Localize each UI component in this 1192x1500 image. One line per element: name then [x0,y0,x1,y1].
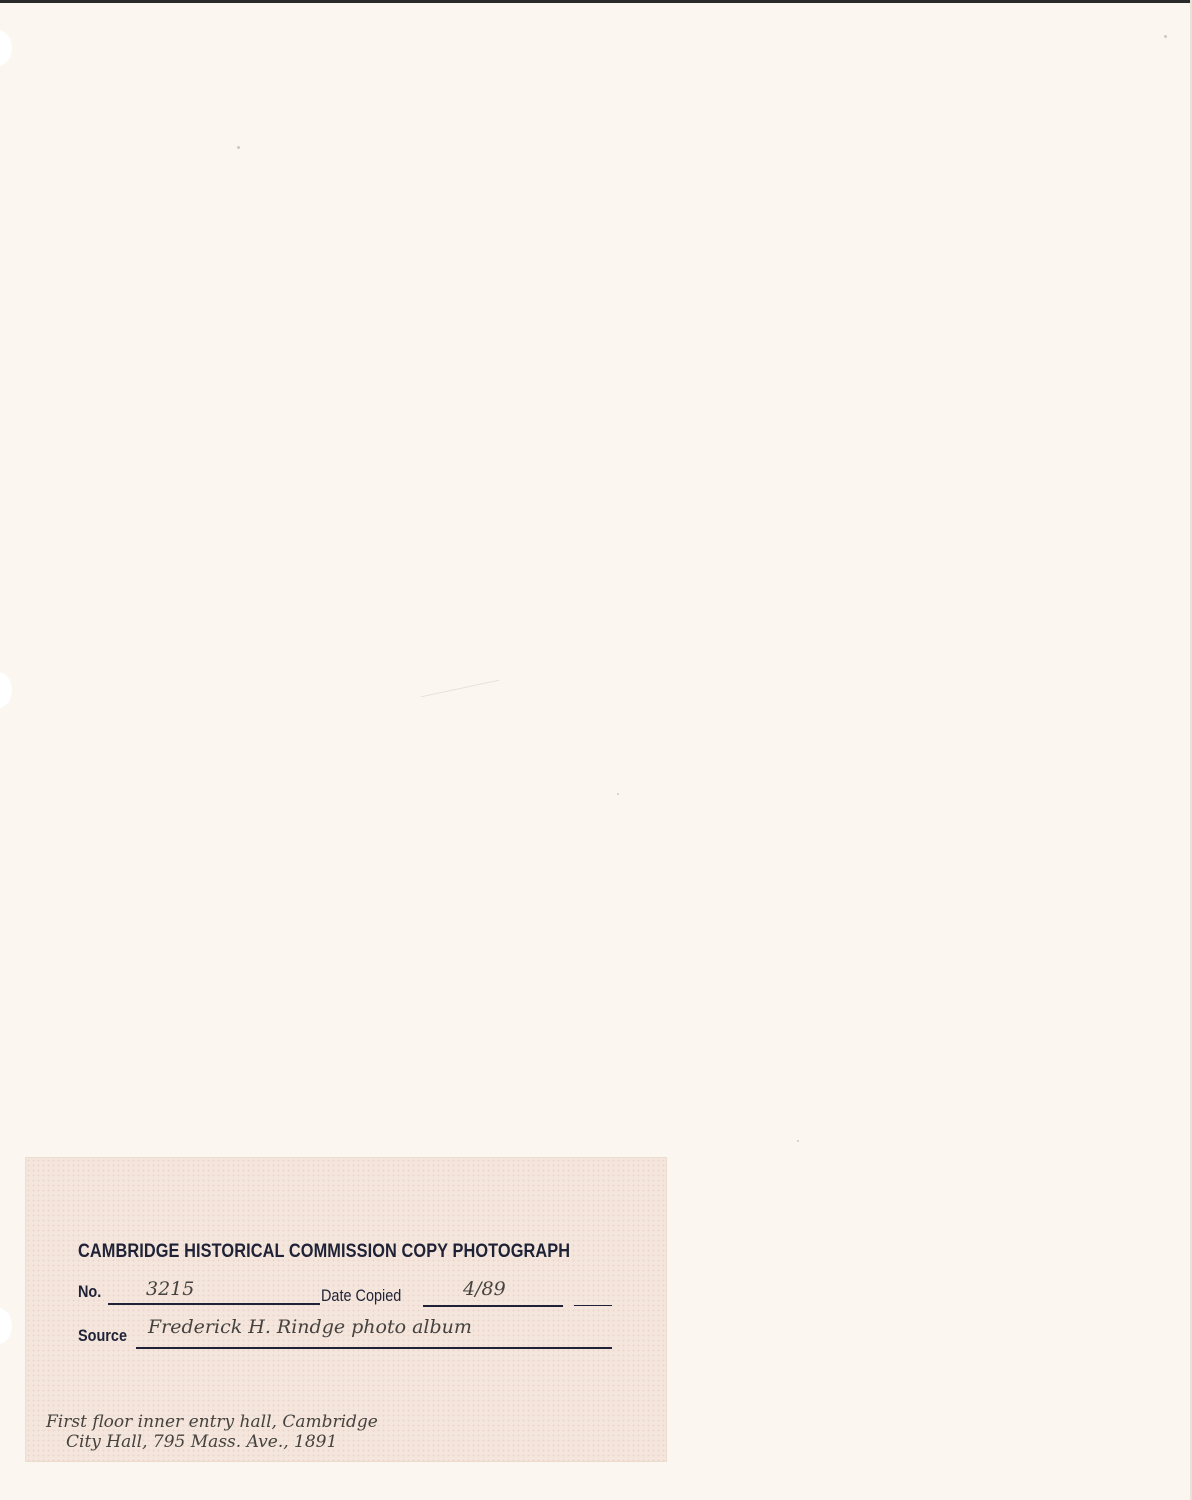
page-top-edge [0,0,1192,3]
stamp-title: CAMBRIDGE HISTORICAL COMMISSION COPY PHO… [78,1241,570,1263]
source-underline [136,1347,612,1349]
number-underline [108,1303,320,1305]
punch-hole-top [0,30,12,66]
date-copied-underline [423,1305,563,1307]
punch-hole-bottom [0,1308,12,1344]
description-line-2: City Hall, 795 Mass. Ave., 1891 [66,1432,337,1452]
paper-speck [617,793,619,795]
punch-hole-middle [0,672,12,708]
paper-speck [237,146,240,149]
source-label: Source [78,1326,127,1346]
paper-speck [797,1140,799,1142]
source-field: Source [78,1326,136,1346]
number-value: 3215 [146,1278,194,1300]
number-field: No. [78,1282,105,1302]
date-copied-value: 4/89 [463,1278,506,1300]
paper-speck [1164,35,1167,38]
date-copied-field: Date Copied [321,1286,416,1306]
description-line-1: First floor inner entry hall, Cambridge [46,1412,378,1432]
date-copied-underline-tail [574,1305,612,1306]
source-value: Frederick H. Rindge photo album [148,1316,472,1338]
number-label: No. [78,1282,101,1302]
paper-mark [421,680,499,698]
date-copied-label: Date Copied [321,1286,401,1306]
copy-photograph-stamp: CAMBRIDGE HISTORICAL COMMISSION COPY PHO… [25,1157,667,1462]
